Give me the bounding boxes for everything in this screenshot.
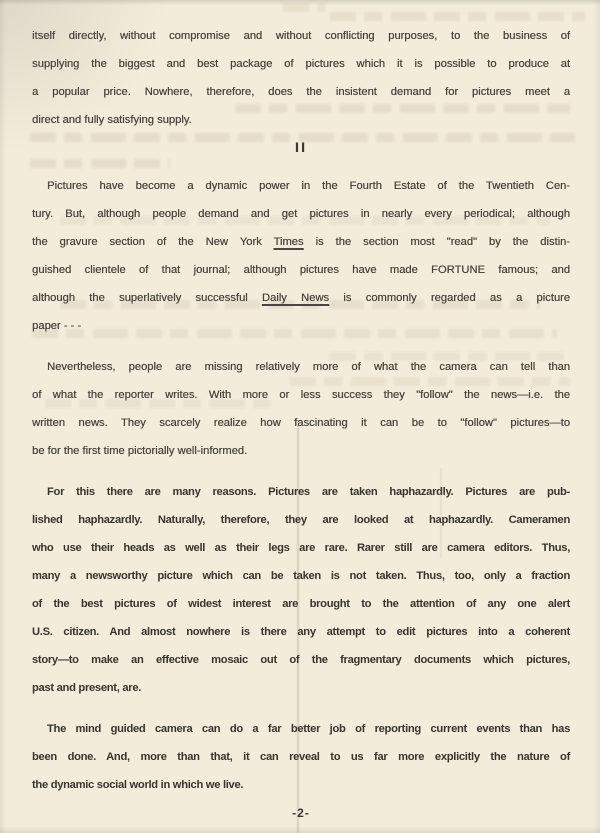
text-segment: paper - - - — [32, 320, 81, 332]
text-line: guished clientele of that journal; altho… — [32, 256, 570, 284]
text-segment: many a newsworthy picture which can be t… — [32, 570, 570, 582]
text-segment: of what the reporter writes. With more o… — [32, 389, 570, 401]
text-segment: is commonly regarded as a picture — [329, 292, 570, 304]
text-segment: be for the first time pictorially well-i… — [32, 445, 247, 457]
document-page: itself directly, without compromise and … — [0, 0, 600, 827]
text-segment: tury. But, although people demand and ge… — [32, 208, 570, 220]
underlined-publication-name: Daily News — [262, 292, 329, 304]
text-line: paper - - - — [32, 312, 570, 340]
text-line: Nevertheless, people are missing relativ… — [32, 353, 570, 381]
text-segment: Pictures have become a dynamic power in … — [47, 180, 570, 192]
text-line: direct and fully satisfying supply. — [32, 106, 570, 134]
text-segment: guished clientele of that journal; altho… — [32, 264, 570, 276]
underlined-publication-name: Times — [273, 236, 303, 248]
text-segment: been done. And, more than that, it can r… — [32, 751, 570, 763]
text-line: the gravure section of the New York Time… — [32, 228, 570, 256]
text-segment: For this there are many reasons. Picture… — [47, 486, 570, 498]
text-segment: written news. They scarcely realize how … — [32, 417, 570, 429]
text-line: Pictures have become a dynamic power in … — [32, 172, 570, 200]
text-line: the dynamic social world in which we liv… — [32, 771, 570, 799]
page-number: -2- — [32, 799, 570, 827]
text-line: The mind guided camera can do a far bett… — [32, 715, 570, 743]
text-line: many a newsworthy picture which can be t… — [32, 562, 570, 590]
text-line: lished haphazardly. Naturally, therefore… — [32, 506, 570, 534]
text-segment: although the superlatively successful — [32, 292, 262, 304]
text-segment: the gravure section of the New York — [32, 236, 273, 248]
paragraph: The mind guided camera can do a far bett… — [32, 715, 570, 799]
text-segment: who use their heads as well as their leg… — [32, 542, 570, 554]
text-line: be for the first time pictorially well-i… — [32, 437, 570, 465]
text-segment: supplying the biggest and best package o… — [32, 58, 570, 70]
text-segment: itself directly, without compromise and … — [32, 30, 570, 42]
text-line: although the superlatively successful Da… — [32, 284, 570, 312]
text-line: story—to make an effective mosaic out of… — [32, 646, 570, 674]
text-line: been done. And, more than that, it can r… — [32, 743, 570, 771]
text-segment: U.S. citizen. And almost nowhere is ther… — [32, 626, 570, 638]
text-line: written news. They scarcely realize how … — [32, 409, 570, 437]
text-segment: a popular price. Nowhere, therefore, doe… — [32, 86, 570, 98]
paragraph: itself directly, without compromise and … — [32, 22, 570, 134]
text-segment: lished haphazardly. Naturally, therefore… — [32, 514, 570, 526]
text-segment: Nevertheless, people are missing relativ… — [47, 361, 570, 373]
text-segment: story—to make an effective mosaic out of… — [32, 654, 570, 666]
text-line: itself directly, without compromise and … — [32, 22, 570, 50]
body-paragraphs: Pictures have become a dynamic power in … — [32, 172, 570, 799]
text-segment: The mind guided camera can do a far bett… — [47, 723, 570, 735]
text-line: who use their heads as well as their leg… — [32, 534, 570, 562]
text-segment: past and present, are. — [32, 682, 141, 694]
paragraph: Pictures have become a dynamic power in … — [32, 172, 570, 340]
paragraph: Nevertheless, people are missing relativ… — [32, 353, 570, 465]
text-line: a popular price. Nowhere, therefore, doe… — [32, 78, 570, 106]
text-line: U.S. citizen. And almost nowhere is ther… — [32, 618, 570, 646]
text-line: For this there are many reasons. Picture… — [32, 478, 570, 506]
text-line: past and present, are. — [32, 674, 570, 702]
paragraph: For this there are many reasons. Picture… — [32, 478, 570, 702]
text-segment: of the best pictures of widest interest … — [32, 598, 570, 610]
section-numeral: II — [32, 140, 570, 162]
text-line: of the best pictures of widest interest … — [32, 590, 570, 618]
text-segment: is the section most "read" by the distin… — [304, 236, 571, 248]
text-line: tury. But, although people demand and ge… — [32, 200, 570, 228]
text-segment: direct and fully satisfying supply. — [32, 114, 192, 126]
text-line: of what the reporter writes. With more o… — [32, 381, 570, 409]
text-segment: the dynamic social world in which we liv… — [32, 779, 243, 791]
intro-paragraphs: itself directly, without compromise and … — [32, 22, 570, 134]
text-line: supplying the biggest and best package o… — [32, 50, 570, 78]
